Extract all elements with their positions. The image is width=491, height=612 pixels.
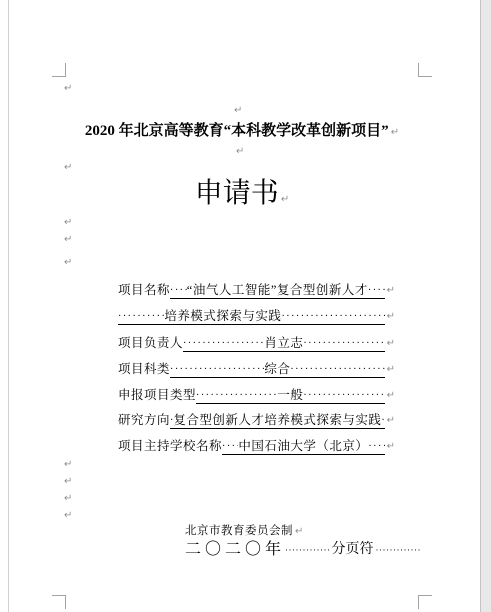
leader-dots: ········································… [381,412,384,428]
field-value: 肖立志 [264,335,303,351]
paragraph-mark: ↵ [387,361,395,378]
paragraph-mark: ↵ [64,511,72,521]
paragraph-mark: ↵ [64,494,72,504]
page-break-label: 分页符 [330,541,376,559]
page-right-gutter [480,0,491,612]
field-label: 研究方向 [118,412,170,429]
field-label: 申报项目类型 [118,387,196,404]
field-value: 综合 [264,361,290,377]
paragraph-mark: ↵ [387,282,395,299]
leader-dots: ········································… [222,438,238,454]
issuer-text: 北京市教育委员会制 [185,525,293,537]
paragraph-mark: ↵ [64,84,72,94]
form-row-research-direction: 研究方向 ···································… [118,412,395,429]
paragraph-mark: ↵ [236,147,244,157]
text-boundary-mark-bottom-left [52,595,66,609]
field-label: 项目负责人 [118,335,183,352]
field-label: 项目名称 [118,282,170,299]
field-underline: ········································… [118,308,385,325]
paragraph-mark: ↵ [234,106,242,116]
leader-dots: ········································… [196,387,277,403]
document-page: ↵ ↵ ↵ ↵ ↵ ↵ ↵ ↵ ↵ ↵ ↵ 2020 年北京高等教育“本科教学改… [0,0,491,612]
paragraph-mark: ↵ [295,526,303,537]
leader-dots: ········································… [303,387,384,403]
leader-dots: ········································… [303,335,384,351]
leader-dots: ········································… [170,361,264,377]
leader-dots: ········································… [290,361,384,377]
form-row-project-name: 项目名称 ···································… [118,282,395,299]
field-underline: ········································… [170,412,385,429]
form-row-project-leader: 项目负责人 ··································… [118,335,395,352]
field-value: “油气人工智能”复合型创新人才 [187,282,368,298]
form-row-project-name-cont: ········································… [118,308,395,325]
paragraph-mark: ↵ [387,308,395,325]
field-value: 一般 [277,387,303,403]
main-title: 申请书 [195,178,279,209]
field-value: 复合型创新人才培养模式探索与实践 [173,412,381,428]
issuer-line: 北京市教育委员会制↵ [185,524,303,539]
paragraph-mark: ↵ [64,258,72,268]
field-underline: ········································… [196,387,385,404]
text-boundary-mark-top-left [52,63,66,77]
paragraph-mark: ↵ [64,218,72,228]
field-label: 项目科类 [118,361,170,378]
field-underline: ········································… [170,361,385,378]
field-value: 培养模式探索与实践 [164,308,281,324]
leader-dots: ········································… [170,282,187,298]
leader-dots: ········································… [118,308,164,324]
header-title: 2020 年北京高等教育“本科教学改革创新项目” [85,123,389,139]
field-underline: ········································… [170,282,385,299]
text-boundary-mark-bottom-right [418,595,432,609]
form-row-project-type: 申报项目类型 ·································… [118,387,395,404]
paragraph-mark: ↵ [64,460,72,470]
leader-dots: ········································… [368,282,385,298]
paragraph-mark: ↵ [64,477,72,487]
paragraph-mark: ↵ [64,163,72,173]
field-label: 项目主持学校名称 [118,438,222,455]
paragraph-mark: ↵ [387,387,395,404]
paragraph-mark: ↵ [391,127,399,138]
paragraph-mark: ↵ [387,438,395,455]
field-underline: ········································… [183,335,385,352]
paragraph-mark: ↵ [281,194,289,205]
paragraph-mark: ↵ [387,335,395,352]
year-text: 二〇二〇年 [185,541,285,559]
leader-dots: ········································… [281,308,384,324]
year-line: 二〇二〇年 ··································… [185,541,420,559]
leader-dots: ········································… [183,335,264,351]
form-row-project-category: 项目科类 ···································… [118,361,395,378]
page-break-dots: ········································… [285,541,330,559]
header-title-line: 2020 年北京高等教育“本科教学改革创新项目”↵ [60,121,424,143]
field-underline: ········································… [222,438,385,455]
paragraph-mark: ↵ [387,412,395,429]
leader-dots: ········································… [368,438,384,454]
text-boundary-mark-top-right [418,63,432,77]
page-left-edge [8,0,9,612]
page-break-dots: ········································… [376,541,421,559]
paragraph-mark: ↵ [64,235,72,245]
form-row-host-school: 项目主持学校名称 ·······························… [118,438,395,455]
field-value: 中国石油大学（北京） [238,438,368,454]
main-title-line: 申请书↵ [66,177,418,217]
